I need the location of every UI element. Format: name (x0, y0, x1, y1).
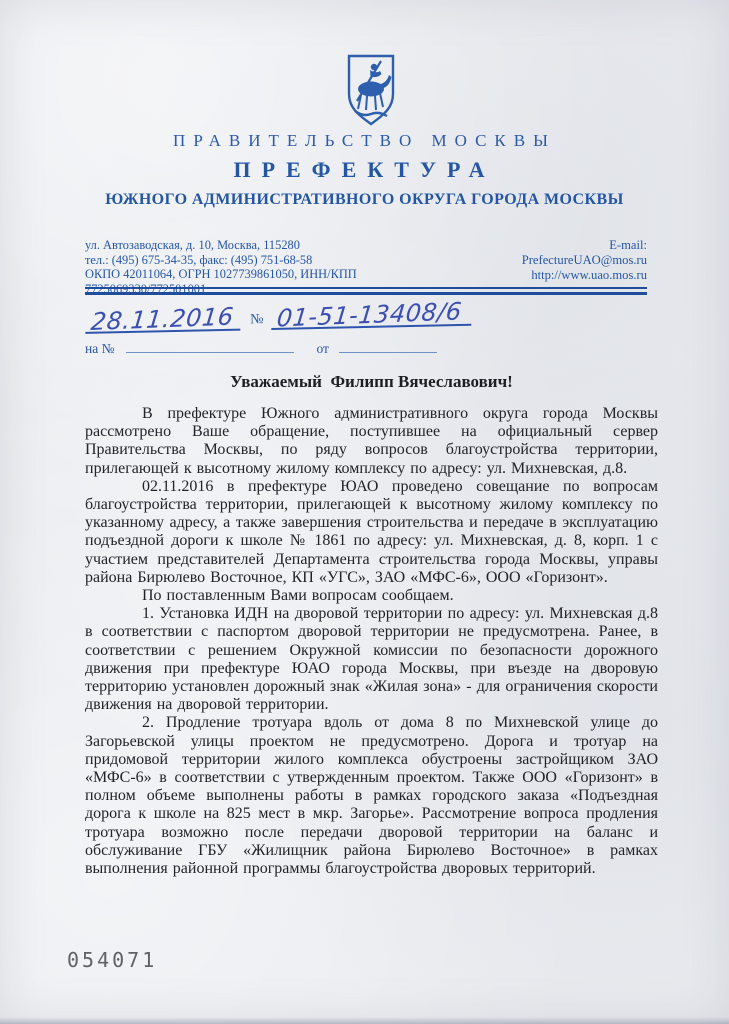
outgoing-number-line: 28.11.2016 № 01-51-13408/6 (85, 292, 646, 334)
website-url: http://www.uao.mos.ru (481, 268, 647, 283)
document-requisites: 28.11.2016 № 01-51-13408/6 на №от (85, 298, 645, 357)
reply-reference-line: на №от (85, 341, 645, 357)
phone-fax: тел.: (495) 675-34-35, факс: (495) 751-6… (85, 253, 481, 268)
reply-from-label: от (316, 341, 328, 356)
district-title: ЮЖНОГО АДМИНИСТРАТИВНОГО ОКРУГА ГОРОДА М… (0, 191, 729, 209)
government-title: ПРАВИТЕЛЬСТВО МОСКВЫ (0, 131, 729, 151)
reply-prefix-label: на № (85, 341, 114, 356)
body-paragraph-3: По поставленным Вами вопросам сообщаем. (85, 587, 658, 605)
reply-number-blank (126, 341, 294, 353)
scan-bottom-edge (0, 1017, 729, 1024)
reply-date-blank (339, 341, 437, 353)
moscow-coat-of-arms-icon (347, 54, 395, 128)
body-paragraph-5: 2. Продление тротуара вдоль от дома 8 по… (85, 714, 658, 878)
body-paragraph-1: В префектуре Южного административного ок… (85, 405, 658, 478)
body-paragraph-2: 02.11.2016 в префектуре ЮАО проведено со… (85, 478, 658, 587)
prefecture-title: ПРЕФЕКТУРА (0, 157, 729, 183)
handwritten-date: 28.11.2016 (90, 302, 236, 336)
body-paragraph-4: 1. Установка ИДН на дворовой территории … (85, 605, 658, 714)
street-address: ул. Автозаводская, д. 10, Москва, 115280 (85, 238, 481, 253)
number-sign: № (250, 312, 264, 328)
date-field: 28.11.2016 (85, 301, 241, 334)
scan-serial-number: 054071 (67, 948, 157, 972)
salutation: Уважаемый Филипп Вячеславович! (85, 372, 658, 392)
handwritten-number: 01-51-13408/6 (276, 297, 464, 332)
scanned-letter-page: ПРАВИТЕЛЬСТВО МОСКВЫ ПРЕФЕКТУРА ЮЖНОГО А… (0, 0, 729, 1024)
number-field: 01-51-13408/6 (271, 296, 472, 330)
letter-body: Уважаемый Филипп Вячеславович! В префект… (85, 372, 658, 878)
email-address: E-mail: PrefectureUAO@mos.ru (481, 238, 647, 268)
